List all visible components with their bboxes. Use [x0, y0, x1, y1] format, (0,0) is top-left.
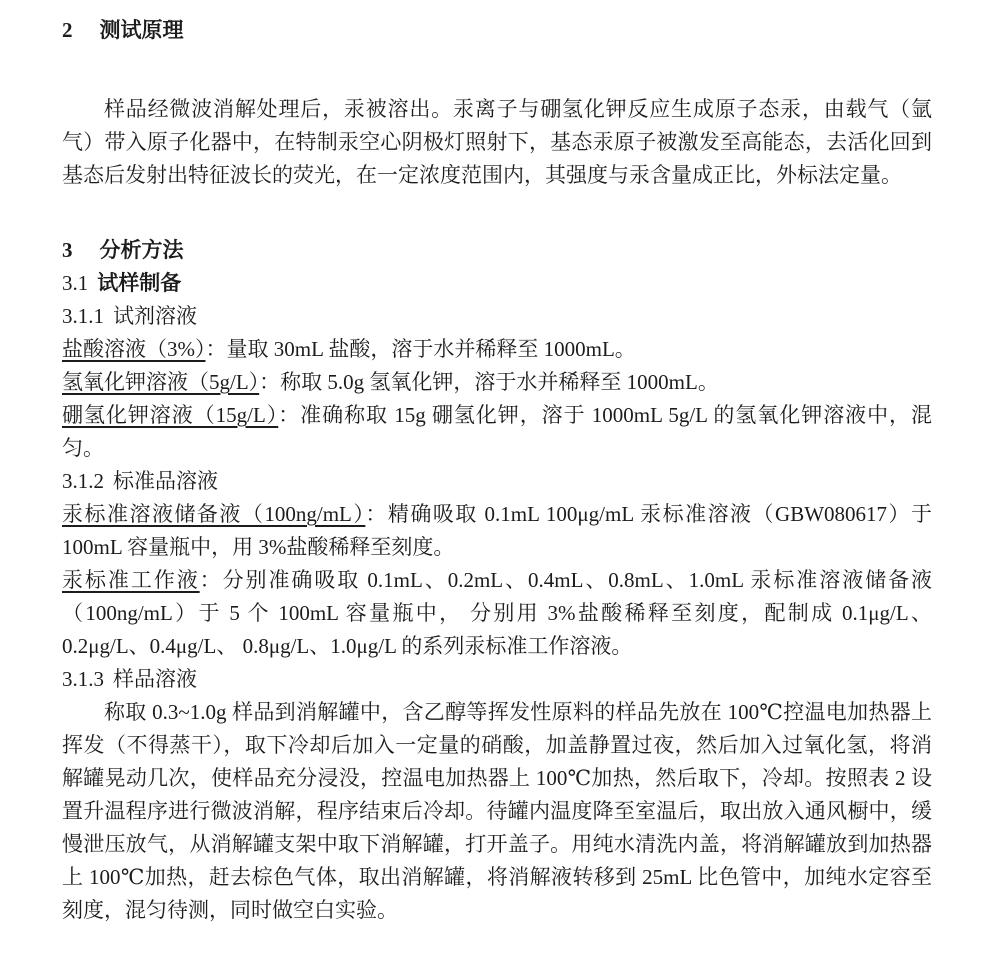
- reagent-item-lead: 硼氢化钾溶液（15g/L）: [62, 403, 278, 427]
- document-page: 2测试原理 样品经微波消解处理后，汞被溶出。汞离子与硼氢化钾反应生成原子态汞，由…: [0, 0, 992, 967]
- standard-item-lead: 汞标准工作液: [62, 568, 200, 592]
- reagent-item-lead: 盐酸溶液（3%）: [62, 337, 206, 361]
- section-3-1-1-heading: 3.1.1试剂溶液: [62, 300, 932, 333]
- reagent-item-text: ：量取 30mL 盐酸，溶于水并稀释至 1000mL。: [206, 337, 636, 361]
- section-2-heading: 2测试原理: [62, 14, 932, 47]
- section-3-number: 3: [62, 238, 73, 262]
- reagent-item-potassium-hydroxide: 氢氧化钾溶液（5g/L）：称取 5.0g 氢氧化钾，溶于水并稀释至 1000mL…: [62, 366, 932, 399]
- section-3-1-2-number: 3.1.2: [62, 469, 104, 493]
- section-3-1-1-title: 试剂溶液: [113, 304, 197, 328]
- section-3-1-2-title: 标准品溶液: [113, 469, 218, 493]
- section-3-1-3-heading: 3.1.3样品溶液: [62, 663, 932, 696]
- section-3-1-heading: 3.1试样制备: [62, 267, 932, 300]
- section-3-title: 分析方法: [100, 238, 184, 262]
- section-3-1-3-number: 3.1.3: [62, 667, 104, 691]
- reagent-item-text: ：称取 5.0g 氢氧化钾，溶于水并稀释至 1000mL。: [259, 370, 719, 394]
- section-2-number: 2: [62, 18, 73, 42]
- section-2-paragraph: 样品经微波消解处理后，汞被溶出。汞离子与硼氢化钾反应生成原子态汞，由载气（氩气）…: [62, 93, 932, 192]
- standard-item-working-solution: 汞标准工作液：分别准确吸取 0.1mL、0.2mL、0.4mL、0.8mL、1.…: [62, 564, 932, 663]
- section-3-1-1-number: 3.1.1: [62, 304, 104, 328]
- section-3-1-title: 试样制备: [97, 271, 181, 295]
- standard-item-stock-solution: 汞标准溶液储备液（100ng/mL）：精确吸取 0.1mL 100μg/mL 汞…: [62, 498, 932, 564]
- section-3-1-3-title: 样品溶液: [113, 667, 197, 691]
- section-3-1-number: 3.1: [62, 271, 88, 295]
- section-3-1-2-heading: 3.1.2标准品溶液: [62, 465, 932, 498]
- section-3-1-3-paragraph: 称取 0.3~1.0g 样品到消解罐中，含乙醇等挥发性原料的样品先放在 100℃…: [62, 696, 932, 927]
- standard-item-lead: 汞标准溶液储备液（100ng/mL）: [62, 502, 365, 526]
- section-3-heading: 3分析方法: [62, 234, 932, 267]
- reagent-item-hydrochloric-acid: 盐酸溶液（3%）：量取 30mL 盐酸，溶于水并稀释至 1000mL。: [62, 333, 932, 366]
- reagent-item-lead: 氢氧化钾溶液（5g/L）: [62, 370, 259, 394]
- reagent-item-potassium-borohydride: 硼氢化钾溶液（15g/L）：准确称取 15g 硼氢化钾，溶于 1000mL 5g…: [62, 399, 932, 465]
- section-2-title: 测试原理: [100, 18, 184, 42]
